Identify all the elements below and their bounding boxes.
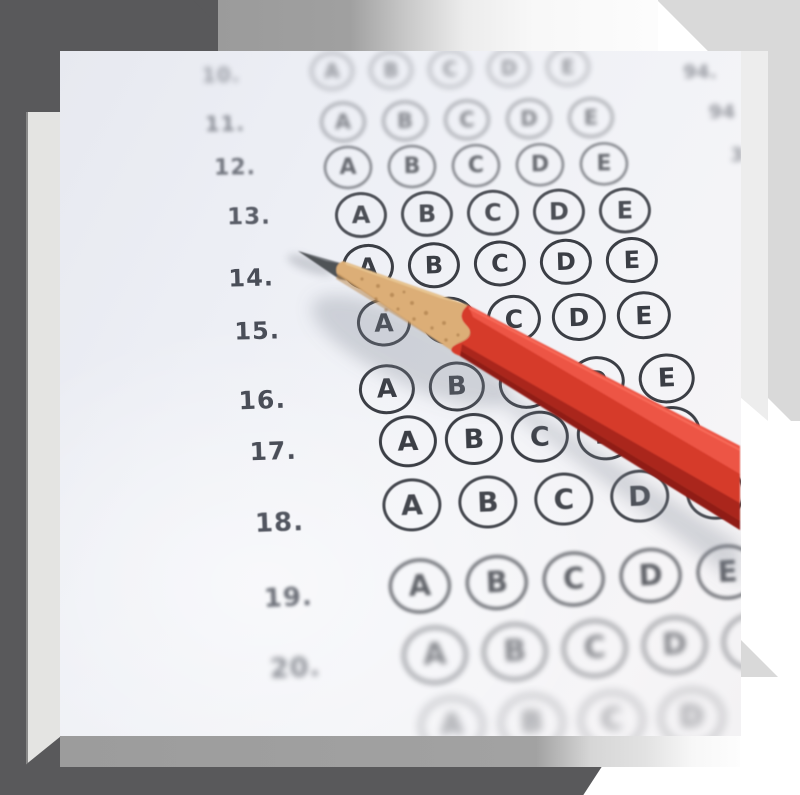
red-pencil <box>60 51 741 736</box>
photo-bevel-top <box>218 0 658 51</box>
background-shape-gray-rightstrip <box>768 140 800 421</box>
pencil-red-body <box>451 305 740 530</box>
background-shape-gray-bottomright-triangle <box>741 640 778 677</box>
photo-bevel-left <box>26 112 60 767</box>
answer-sheet-photo: 10.ABCDE11.ABCDE12.ABCDE13.ABCDE14.ABCDE… <box>60 51 741 736</box>
photo-bevel-right <box>740 51 768 421</box>
stock-photo-composition: 10.ABCDE11.ABCDE12.ABCDE13.ABCDE14.ABCDE… <box>0 0 800 795</box>
photo-bevel-bottom <box>60 736 740 767</box>
